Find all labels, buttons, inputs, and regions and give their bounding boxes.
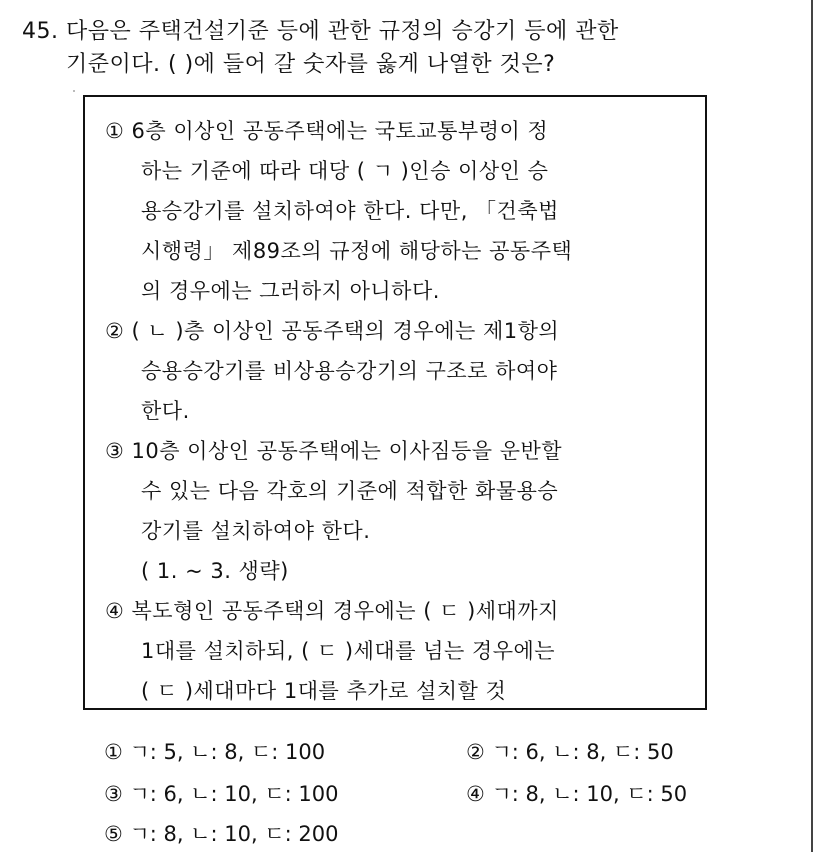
box-line: 용승강기를 설치하여야 한다. 다만, 「건축법 <box>141 195 559 225</box>
regulation-box: ① 6층 이상인 공동주택에는 국토교통부령이 정 하는 기준에 따라 대당 (… <box>83 95 707 710</box>
stray-mark <box>73 90 75 92</box>
box-line: 승용승강기를 비상용승강기의 구조로 하여야 <box>141 355 557 385</box>
question-stem-line-1: 45.다음은 주택건설기준 등에 관한 규정의 승강기 등에 관한 <box>22 14 619 45</box>
box-line: 1대를 설치하되, ( ㄷ )세대를 넘는 경우에는 <box>141 635 555 665</box>
box-line: ② ( ㄴ )층 이상인 공동주택의 경우에는 제1항의 <box>105 315 559 345</box>
box-line: ③ 10층 이상인 공동주택에는 이사짐등을 운반할 <box>105 435 562 465</box>
box-line: 강기를 설치하여야 한다. <box>141 515 370 545</box>
box-line: 의 경우에는 그러하지 아니하다. <box>141 275 440 305</box>
question-number: 45. <box>22 19 66 44</box>
box-line: 하는 기준에 따라 대당 ( ㄱ )인승 이상인 승 <box>141 155 548 185</box>
box-line: 수 있는 다음 각호의 기준에 적합한 화물용승 <box>141 475 558 505</box>
box-line: ④ 복도형인 공동주택의 경우에는 ( ㄷ )세대까지 <box>105 595 559 625</box>
answer-option-1[interactable]: ① ㄱ: 5, ㄴ: 8, ㄷ: 100 <box>104 736 325 766</box>
box-line: ( ㄷ )세대마다 1대를 추가로 설치할 것 <box>141 675 506 705</box>
answer-option-5[interactable]: ⑤ ㄱ: 8, ㄴ: 10, ㄷ: 200 <box>104 818 338 848</box>
column-divider <box>811 0 813 852</box>
box-line: 한다. <box>141 395 190 425</box>
box-line: ( 1. ~ 3. 생략) <box>141 555 289 585</box>
box-line: ① 6층 이상인 공동주택에는 국토교통부령이 정 <box>105 115 548 145</box>
question-stem-line-2: 기준이다. ( )에 들어 갈 숫자를 옳게 나열한 것은? <box>66 47 555 78</box>
answer-option-2[interactable]: ② ㄱ: 6, ㄴ: 8, ㄷ: 50 <box>466 736 674 766</box>
box-line: 시행령」 제89조의 규정에 해당하는 공동주택 <box>141 235 572 265</box>
answer-option-4[interactable]: ④ ㄱ: 8, ㄴ: 10, ㄷ: 50 <box>466 778 687 808</box>
answer-option-3[interactable]: ③ ㄱ: 6, ㄴ: 10, ㄷ: 100 <box>104 778 338 808</box>
